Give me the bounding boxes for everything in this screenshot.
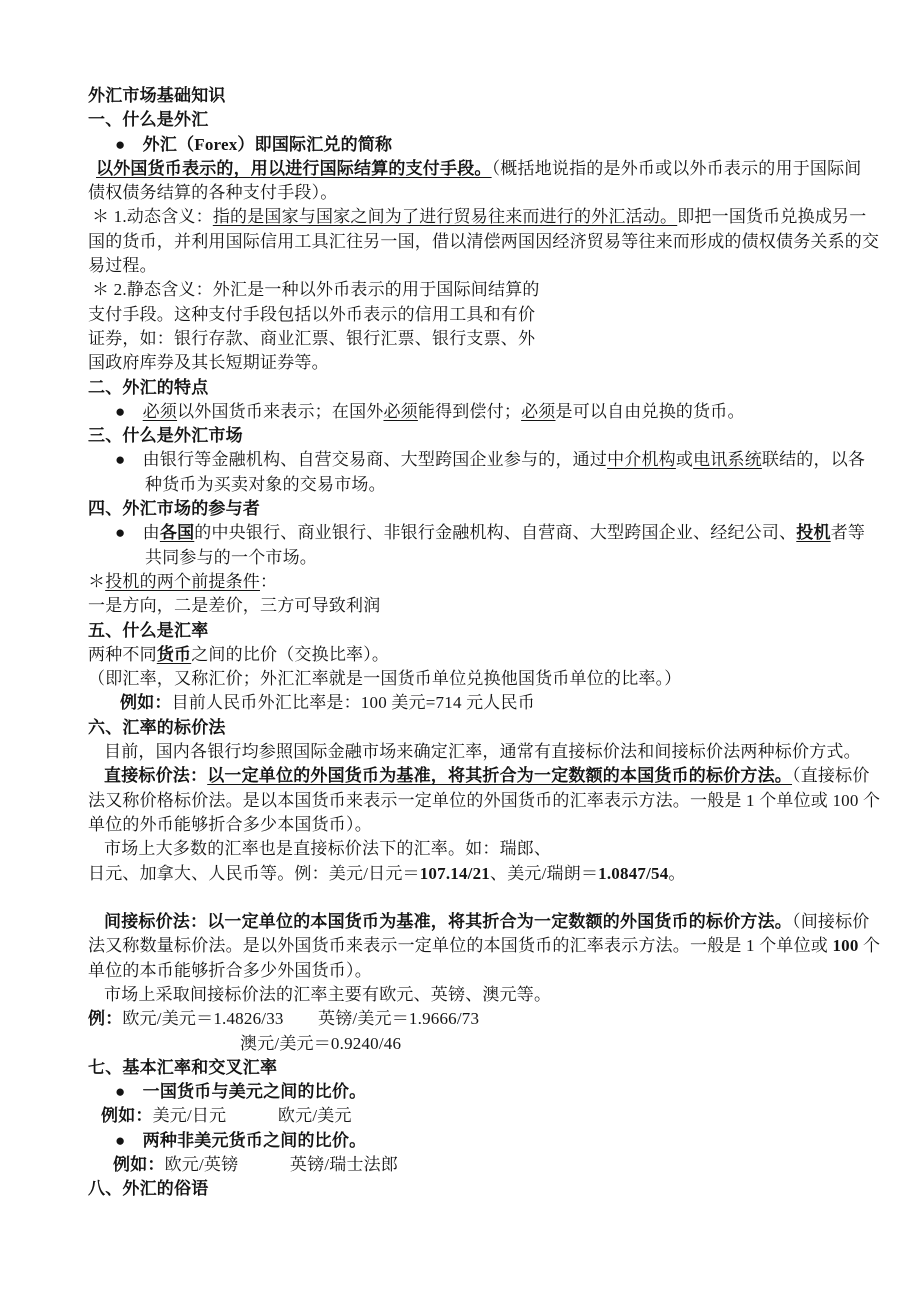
text-run: （间接标价 [792,912,870,931]
text-run: 以一定单位的外国货币为基准，将其折合为一定数额的本国货币的标价方法。 [207,766,792,785]
text-run: 债权债务结算的各种支付手段）。 [88,183,338,202]
example-line: 澳元/美元＝0.9240/46 [240,1032,894,1056]
text-run: 、美元/瑞朗＝ [490,864,598,883]
text-run: 100 [832,936,858,955]
text-run: 两种不同 [88,645,157,664]
text-run: 即把一国货币兑换成另一 [677,207,866,226]
text-run: 能得到偿付； [418,402,521,421]
text-run: 直接标价法： [104,766,207,785]
text-run: 种货币为买卖对象的交易市场。 [145,475,386,494]
text-run: 电讯系统 [693,450,762,469]
text-run: 例如： [120,693,172,712]
text-run: 六、汇率的标价法 [88,718,226,737]
text-run: （即汇率，又称汇价；外汇汇率就是一国货币单位兑换他国货币单位的比率。） [88,669,682,688]
text-run: 目前人民币外汇比率是：100 美元=714 元人民币 [172,693,535,712]
text-run: 单位的本币能够折合多少外国货币）。 [88,961,372,980]
text-run: ● 由银行等金融机构、自营交易商、大型跨国企业参与的，通过 [115,450,607,469]
text-run: ＊ [88,572,105,591]
body-line: 支付手段。这种支付手段包括以外币表示的信用工具和有价 [88,303,894,327]
text-run: ● 由 [115,523,160,542]
text-run: 间接标价法：以一定单位的本国货币为基准，将其折合为一定数额的外国货币的标价方法。 [104,912,792,931]
document-page: 外汇市场基础知识一、什么是外汇● 外汇（Forex）即国际汇兑的简称以外国货币表… [0,0,920,1302]
section-heading-2: 二、外汇的特点 [88,376,894,400]
body-line: 种货币为买卖对象的交易市场。 [145,473,894,497]
note-line: ＊ 2.静态含义：外汇是一种以外币表示的用于国际间结算的 [92,278,894,302]
body-line: 法又称价格标价法。是以本国货币来表示一定单位的外国货币的汇率表示方法。一般是 1… [88,789,894,813]
text-run: 个 [859,936,881,955]
text-run: 八、外汇的俗语 [88,1179,208,1198]
body-line: 单位的本币能够折合多少外国货币）。 [88,959,894,983]
body-line: 债权债务结算的各种支付手段）。 [88,181,894,205]
section-heading-8: 八、外汇的俗语 [88,1177,894,1201]
bullet-item: ● 由各国的中央银行、商业银行、非银行金融机构、自营商、大型跨国企业、经纪公司、… [115,521,894,545]
text-run: ＊ 2.静态含义：外汇是一种以外币表示的用于国际间结算的 [92,280,540,299]
document-content: 外汇市场基础知识一、什么是外汇● 外汇（Forex）即国际汇兑的简称以外国货币表… [88,84,894,1202]
example-line: 例如：欧元/英镑 英镑/瑞士法郎 [113,1153,894,1177]
text-run: 107.14/21 [420,864,490,883]
text-run: 必须 [521,402,555,421]
text-run: 一是方向，二是差价，三方可导致利润 [88,596,380,615]
body-line: 单位的外币能够折合多少本国货币）。 [88,813,894,837]
text-run: 证券，如：银行存款、商业汇票、银行汇票、银行支票、外 [88,329,535,348]
body-line: 易过程。 [88,254,894,278]
text-run: 四、外汇市场的参与者 [88,499,260,518]
body-line: 国政府库券及其长短期证券等。 [88,351,894,375]
blank-line [88,886,894,910]
text-run: 各国 [160,523,194,542]
note-line: ＊ 1.动态含义：指的是国家与国家之间为了进行贸易往来而进行的外汇活动。即把一国… [92,205,894,229]
text-run: 例如： [101,1106,153,1125]
text-run: 二、外汇的特点 [88,378,208,397]
text-run: 之间的比价（交换比率）。 [191,645,389,664]
example-line: 例如：美元/日元 欧元/美元 [101,1104,894,1128]
bullet-item: ● 由银行等金融机构、自营交易商、大型跨国企业参与的，通过中介机构或电讯系统联结… [115,448,894,472]
body-line: 间接标价法：以一定单位的本国货币为基准，将其折合为一定数额的外国货币的标价方法。… [104,910,894,934]
text-run: ＊ 1.动态含义： [92,207,213,226]
body-line: 法又称数量标价法。是以外国货币来表示一定单位的本国货币的汇率表示方法。一般是 1… [88,934,894,958]
text-run: 例如： [113,1155,165,1174]
text-run: 易过程。 [88,256,157,275]
text-run: 联结的，以各 [762,450,865,469]
text-run: 例： [88,1009,122,1028]
text-run: 国的货币，并利用国际信用工具汇往另一国，借以清偿两国因经济贸易等往来而形成的债权… [88,232,879,251]
text-run: ● 外汇（Forex）即国际汇兑的简称 [115,135,392,154]
text-run: ● 一国货币与美元之间的比价。 [115,1082,366,1101]
text-run: 中介机构 [607,450,676,469]
text-run: ● 两种非美元货币之间的比价。 [115,1131,366,1150]
text-run: 五、什么是汇率 [88,621,208,640]
text-run: 的中央银行、商业银行、非银行金融机构、自营商、大型跨国企业、经纪公司、 [194,523,796,542]
text-run: 共同参与的一个市场。 [145,548,317,567]
body-line: 一是方向，二是差价，三方可导致利润 [88,594,894,618]
text-run: 者等 [831,523,865,542]
text-run: 1.0847/54 [598,864,668,883]
text-run: 或 [676,450,693,469]
body-line: 市场上采取间接标价法的汇率主要有欧元、英镑、澳元等。 [104,983,894,1007]
text-run: 法又称价格标价法。是以本国货币来表示一定单位的外国货币的汇率表示方法。一般是 1… [88,791,880,810]
text-run: 日元、加拿大、人民币等。例：美元/日元＝ [88,864,420,883]
text-run: ： [260,572,277,591]
text-run: （概括地说指的是外币或以外币表示的用于国际间 [492,159,862,178]
doc-title: 外汇市场基础知识 [88,84,894,108]
body-line: 共同参与的一个市场。 [145,546,894,570]
section-heading-7: 七、基本汇率和交叉汇率 [88,1056,894,1080]
section-heading-5: 五、什么是汇率 [88,619,894,643]
body-line: 两种不同货币之间的比价（交换比率）。 [88,643,894,667]
body-line: 以外国货币表示的，用以进行国际结算的支付手段。（概括地说指的是外币或以外币表示的… [96,157,894,181]
text-run: 美元/日元 欧元/美元 [153,1106,352,1125]
text-run: （直接标价 [792,766,870,785]
body-line: 直接标价法：以一定单位的外国货币为基准，将其折合为一定数额的本国货币的标价方法。… [104,764,894,788]
text-run: 目前，国内各银行均参照国际金融市场来确定汇率，通常有直接标价法和间接标价法两种标… [104,742,861,761]
note-line: ＊投机的两个前提条件： [88,570,894,594]
text-run: 欧元/英镑 英镑/瑞士法郎 [165,1155,398,1174]
body-line: 市场上大多数的汇率也是直接标价法下的汇率。如：瑞郎、 [104,837,894,861]
text-run: 必须 [383,402,417,421]
section-heading-3: 三、什么是外汇市场 [88,424,894,448]
text-run: 货币 [157,645,191,664]
example-line: 例：欧元/美元＝1.4826/33 英镑/美元＝1.9666/73 [88,1007,894,1031]
body-line: 证券，如：银行存款、商业汇票、银行汇票、银行支票、外 [88,327,894,351]
text-run: 七、基本汇率和交叉汇率 [88,1058,277,1077]
example-line: 例如：目前人民币外汇比率是：100 美元=714 元人民币 [120,691,894,715]
text-run: 欧元/美元＝1.4826/33 英镑/美元＝1.9666/73 [122,1009,479,1028]
bullet-item: ● 必须以外国货币来表示；在国外必须能得到偿付；必须是可以自由兑换的货币。 [115,400,894,424]
text-run: 投机的两个前提条件 [105,572,260,591]
text-run: 指的是国家与国家之间为了进行贸易往来而进行的外汇活动。 [213,207,677,226]
body-line: 目前，国内各银行均参照国际金融市场来确定汇率，通常有直接标价法和间接标价法两种标… [104,740,894,764]
body-line: 国的货币，并利用国际信用工具汇往另一国，借以清偿两国因经济贸易等往来而形成的债权… [88,230,894,254]
section-heading-1: 一、什么是外汇 [88,108,894,132]
text-run: 单位的外币能够折合多少本国货币）。 [88,815,372,834]
bullet-item: ● 外汇（Forex）即国际汇兑的简称 [115,133,894,157]
text-run: 。 [668,864,685,883]
text-run: 是可以自由兑换的货币。 [556,402,745,421]
text-run: 外汇市场基础知识 [88,86,226,105]
section-heading-4: 四、外汇市场的参与者 [88,497,894,521]
bullet-item: ● 两种非美元货币之间的比价。 [115,1129,894,1153]
body-line: 日元、加拿大、人民币等。例：美元/日元＝107.14/21、美元/瑞朗＝1.08… [88,862,894,886]
text-run: 市场上采取间接标价法的汇率主要有欧元、英镑、澳元等。 [104,985,551,1004]
text-run: 投机 [796,523,830,542]
text-run: 澳元/美元＝0.9240/46 [240,1034,401,1053]
text-run: 三、什么是外汇市场 [88,426,243,445]
text-run: 支付手段。这种支付手段包括以外币表示的信用工具和有价 [88,305,535,324]
bullet-item: ● 一国货币与美元之间的比价。 [115,1080,894,1104]
text-run: 必须 [143,402,177,421]
text-run: 市场上大多数的汇率也是直接标价法下的汇率。如：瑞郎、 [104,839,551,858]
text-run: 以外国货币来表示；在国外 [177,402,383,421]
text-run: 国政府库券及其长短期证券等。 [88,353,329,372]
body-line: （即汇率，又称汇价；外汇汇率就是一国货币单位兑换他国货币单位的比率。） [88,667,894,691]
text-run: 一、什么是外汇 [88,110,208,129]
text-run: ● [115,402,143,421]
text-run: 法又称数量标价法。是以外国货币来表示一定单位的本国货币的汇率表示方法。一般是 1… [88,936,832,955]
text-run: 以外国货币表示的，用以进行国际结算的支付手段。 [96,159,492,178]
section-heading-6: 六、汇率的标价法 [88,716,894,740]
